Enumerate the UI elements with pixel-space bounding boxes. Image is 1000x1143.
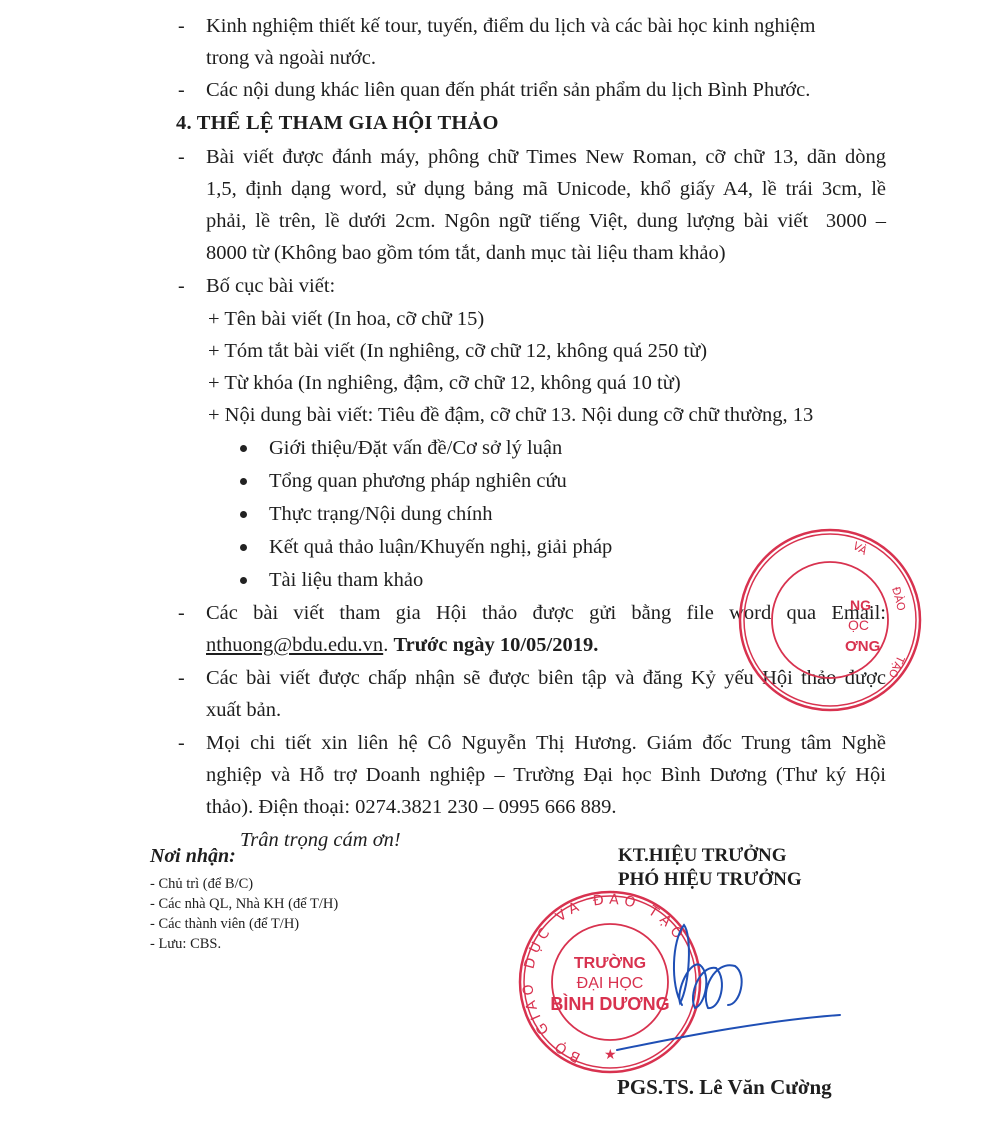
svg-text:TRƯỜNG: TRƯỜNG (574, 953, 646, 972)
seal-and-signature: BỘ GIÁO DỤC VÀ ĐÀO TẠO TRƯỜNG ĐẠI HỌC BÌ… (0, 0, 1000, 1143)
handwritten-signature (617, 925, 840, 1050)
svg-text:ƠNG: ƠNG (845, 638, 880, 655)
svg-text:BÌNH DƯƠNG: BÌNH DƯƠNG (550, 993, 669, 1014)
svg-text:NG: NG (850, 597, 871, 613)
signer-name: PGS.TS. Lê Văn Cường (617, 1075, 832, 1100)
document-page: - Kinh nghiệm thiết kế tour, tuyến, điểm… (0, 0, 1000, 1143)
svg-text:★: ★ (604, 1048, 617, 1063)
svg-text:ỌC: ỌC (848, 617, 869, 633)
svg-text:TẠO: TẠO (885, 653, 907, 680)
svg-text:ĐẠI HỌC: ĐẠI HỌC (577, 975, 644, 992)
svg-text:ĐÀO: ĐÀO (889, 585, 908, 612)
